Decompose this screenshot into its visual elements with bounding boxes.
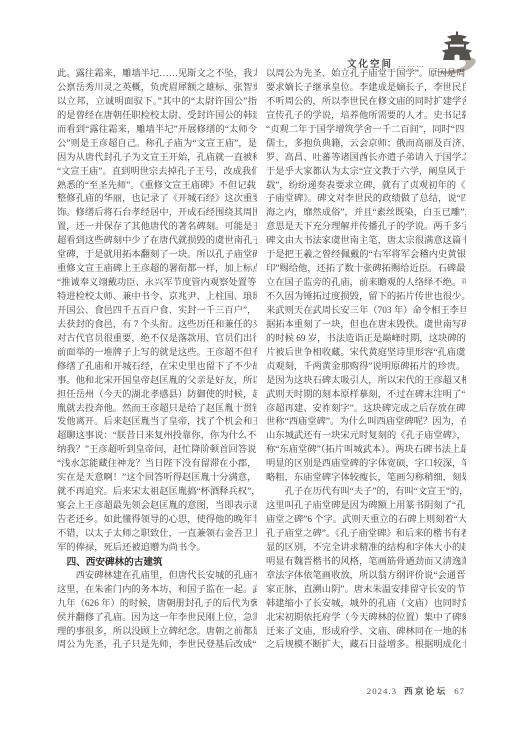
text-line: 特进检校太师、兼中书令、京兆尹、上柱国、琅琊郡 (57, 291, 257, 305)
text-line: 海之内，靡然成俗”，并且“素丝既染，白玉已雕”， (266, 207, 466, 221)
text-line: 开国公、食邑四千五百户食、实封一千三百户”，除 (57, 305, 257, 319)
text-column-left: 此。露往霜来，雕墙半圮……见斯文之不坠，我太师公禀岳秀川灵之英概，负虎眉犀额之雄… (57, 68, 257, 653)
text-line: 章法字体依笔画收放，所以翁方纲评价说“会通晋唐书 (266, 570, 466, 584)
text-line: 于是把王羲之曾经佩戴的“右军将军会稽内史黄银 (266, 249, 466, 263)
text-line: 彦超再建、安祚刻字”。这块碑完成之后存放在碑林， (266, 403, 466, 417)
text-line: 实在是天意啊！”这个回答听得赵匡胤十分满意，也 (57, 472, 257, 486)
text-line: 家正脉，直溯山阴”。唐末朱温安排留守长安的节度使 (266, 584, 466, 598)
issue-label: 2024.3 (367, 686, 397, 696)
text-line: 堂碑，于是就用拓本翻刻了一块。所以孔子庙堂碑和 (57, 249, 257, 263)
text-line: 不错，以太子太师之职致仕，一直兼领右金吾卫上将 (57, 528, 257, 542)
text-line: 因为从唐代封孔子为文宣王开始，孔庙就一直被称为 (57, 152, 257, 166)
text-line: 胤就去投奔他。然而王彦超只是给了赵匡胤十贯钱打 (57, 403, 257, 417)
text-line: 理的事很多，所以没顾上立碑纪念。唐朝之前都是以 (57, 626, 257, 640)
text-line: 儒士，多抱负典籍，云会京师；俄而高丽及百济、新 (266, 138, 466, 152)
text-line: 的是曾经在唐朝任职检校太尉、受封许国公的韩建。 (57, 110, 257, 124)
section-heading: 四、西安碑林的古建筑 (57, 556, 257, 570)
text-line: 孔子在历代有叫“夫子”的，有叫“文宣王”的， (266, 486, 466, 500)
text-line: 子庙堂碑》。碑文对李世民的政绩做了总结，说“四 (266, 193, 466, 207)
text-line: 对古代官员很重要，绝不仅是落款用、官员们出行时， (57, 333, 257, 347)
text-line: 整修孔庙的华丽，也记录了《开城石经》这次重要整 (57, 193, 257, 207)
text-line: 置，还一并保存了其他唐代的著名碑刻。可能是王彦 (57, 221, 257, 235)
text-line: 这里，在朱雀门内的务本坊，和国子监在一起。武德 (57, 584, 257, 598)
text-line: 迁来了文庙，形成府学、文庙、碑林同在一地的格局。 (266, 626, 466, 640)
text-line: 罗、高昌、吐蕃等诸国酋长亦遣子弟请入于国学之内”。 (266, 152, 466, 166)
text-line: 要求嫡长子继承皇位。李建成是嫡长子，李世民自然 (266, 82, 466, 96)
text-line: 熟悉的“至圣先师”。《重修文宣王庙碑》不但记载了 (57, 180, 257, 194)
page-number: 67 (454, 686, 465, 696)
text-line: “文宣王庙”。直到明世宗去掉孔子王号，改成我们 (57, 166, 257, 180)
text-line: 于是乎大家都认为太宗“宣文教于六学，阐皇风于千 (266, 166, 466, 180)
text-line: 山东城武还有一块宋元时复刻的《孔子庙堂碑》，世 (266, 430, 466, 444)
text-line: 不听周公的，所以李世民在修文庙的同时扩建学舍， (266, 96, 466, 110)
text-line: “推诚奉义翊戴功臣、永兴军节度管内观察处置等使、 (57, 277, 257, 291)
text-line: 不久因为锤拓过度损毁，留下的拓片传世也很少。后 (266, 291, 466, 305)
text-line: 此。露往霜来，雕墙半圮……见斯文之不坠，我太师 (57, 68, 257, 82)
text-line: 宴会上王彦超最先领会赵匡胤的意图，当即表示愿意 (57, 500, 257, 514)
text-column-right: 以周公为先圣、始立孔子庙堂于国学”。原因是周公要求嫡长子继承皇位。李建成是嫡长子… (266, 68, 466, 653)
text-line: 超看到这些碑刻中少了在唐代就损毁的虞世南孔子庙 (57, 235, 257, 249)
text-line: 重修文宣王庙碑上王彦超的署衔都一样，加上标点是： (57, 263, 257, 277)
text-line: 武则天时期的刻本原样摹刻，不过在碑末注明了“王 (266, 389, 466, 403)
journal-name: 西京论坛 (404, 684, 447, 697)
text-line: 事。他和北宋开国皇帝赵匡胤的父亲是好友，所以他 (57, 375, 257, 389)
text-line: 之后规模不断扩大，藏石日益增多。根据明成化十一年 (266, 639, 466, 653)
text-line: 碑文由大书法家虞世南主笔，唐太宗很满意这篇书法， (266, 235, 466, 249)
text-line: 去获封的食邑，有 7 个头衔。这些历任和兼任的头衔 (57, 319, 257, 333)
text-line: 世称“西庙堂碑”。为什么叫西庙堂碑呢？因为，在 (266, 416, 466, 430)
text-line: 九年（626 年）的时候，唐朝册封孔子的后代为褒圣 (57, 598, 257, 612)
text-line: 载”，纷纷递奏表要求立碑，就有了贞观初年的《孔 (266, 180, 466, 194)
page-footer: 2024.3 西京论坛 67 (367, 684, 465, 697)
text-line: 贞观刻，千两黄金那购得”说明原碑拓片的珍贵。正 (266, 361, 466, 375)
text-line: 庙堂之碑”6 个字。武则天重立的石碑上则刻着“大周 (266, 514, 466, 528)
text-line: 侯并翻修了孔庙。因为这一年李世民刚上位，急需处 (57, 612, 257, 626)
text-line: 略粗，东庙堂碑字体较瘦长，笔画匀称稍细，刻划稍浅。 (266, 472, 466, 486)
text-line: 片被后世争相收藏。宋代黄庭坚诗里形容“孔庙虞书 (266, 347, 466, 361)
text-line: 担任岳州（今天的湖北孝感县）防御使的时候，赵匡 (57, 389, 257, 403)
text-line: 以立邦，立诚明面驭下。”其中的“太尉许国公”指 (57, 96, 257, 110)
text-line: 孔子庙堂之碑”。《孔子庙堂碑》和后来的楷书有着明 (266, 528, 466, 542)
text-line: 公”则是王彦超自己。称孔子庙为“文宣王庙”，是 (57, 138, 257, 152)
text-line: 显的区别，不完全讲求精准的结构和字体大小的趋同， (266, 542, 466, 556)
text-line: “浅水怎能藏住神龙？当日陛下没有留滞在小郡，这 (57, 458, 257, 472)
text-line: 周公为先圣，孔子只是先师，李世民登基后改成“停 (57, 639, 257, 653)
text-line: 立在国子监旁的孔庙，前来瞻观的人络绎不绝。可惜 (266, 277, 466, 291)
text-line: 这里叫孔子庙堂碑是因为碑额上用篆书阴刻了“孔子 (266, 500, 466, 514)
text-line: 告老还乡。如此懂得领导的心思，使得他的晚年非常 (57, 514, 257, 528)
text-line: 称“东庙堂碑”（拓片叫城武本）。两块石碑书法上最 (266, 444, 466, 458)
text-line: 来武则天在武周长安三年（703 年）命令相王李旦根 (266, 305, 466, 319)
text-line: 发他离开。后来赵匡胤当了皇帝，找了个机会和王彦 (57, 416, 257, 430)
text-line: 就不再追究。后来宋太祖赵匡胤搞“杯酒释兵权”， (57, 486, 257, 500)
text-line: 明显有魏晋楷书的风格，笔画筋骨遒劲而又清逸萧散， (266, 556, 466, 570)
text-line: 是因为这块石碑太吸引人，所以宋代的王彦超又根据 (266, 375, 466, 389)
text-line: 明显的区别是西庙堂碑的字体宽硕，字口较深，笔画 (266, 458, 466, 472)
text-line: 修缮了孔庙和开城石经，在宋史里也留下了不少故 (57, 361, 257, 375)
text-line: 军的俸禄，死后还被追赠为尚书令。 (57, 542, 257, 556)
text-line: 公禀岳秀川灵之英概，负虎眉犀额之雄标，张智勇 (57, 82, 257, 96)
text-line: 以周公为先圣、始立孔子庙堂于国学”。原因是周公 (266, 68, 466, 82)
text-line: 纳我？”王彦超听到皇帝问，赶忙降阶顿首回答说： (57, 444, 257, 458)
text-line: 印”赐给他，还拓了数十张碑拓赐给近臣。石碑最初 (266, 263, 466, 277)
text-line: 北宋初期依托府学（今天碑林的位置）集中了碑刻，又 (266, 612, 466, 626)
text-line: 西安碑林建在孔庙里，但唐代长安城的孔庙不在 (57, 570, 257, 584)
text-line: 据拓本重刻了一块，但也在唐末毁佚。虞世南写碑文 (266, 319, 466, 333)
text-line: 韩建缩小了长安城，城外的孔庙（文庙）也同时荒废。 (266, 598, 466, 612)
text-line: 的时候 69 岁，书法造诣正是巅峰时期，这块碑的拓 (266, 333, 466, 347)
text-line: 宣传孔子的学说，培养他所需要的人才。史书记载他 (266, 110, 466, 124)
magazine-page: 文化空间 ……… 此。露往霜来， (0, 0, 517, 737)
text-line: “贞观二年于国学增筑学舍一千二百间”，同时“四方 (266, 124, 466, 138)
text-line: 而看到“露往霜来，雕墙半圮”开展修缮的“太师令 (57, 124, 257, 138)
article-body: 此。露往霜来，雕墙半圮……见斯文之不坠，我太师公禀岳秀川灵之英概，负虎眉犀额之雄… (57, 68, 466, 653)
text-line: 前面举的一堆牌子上写的就是这些。王彦超不但有效 (57, 347, 257, 361)
text-line: 意思是天下充分理解并传播孔子的学说。两千多字的 (266, 221, 466, 235)
text-line: 超聊这事说：“朕昔日来复州投靠你，你为什么不接 (57, 430, 257, 444)
text-line: 饰。修缮后将石台孝经居中，开成石经围绕其周围放 (57, 207, 257, 221)
